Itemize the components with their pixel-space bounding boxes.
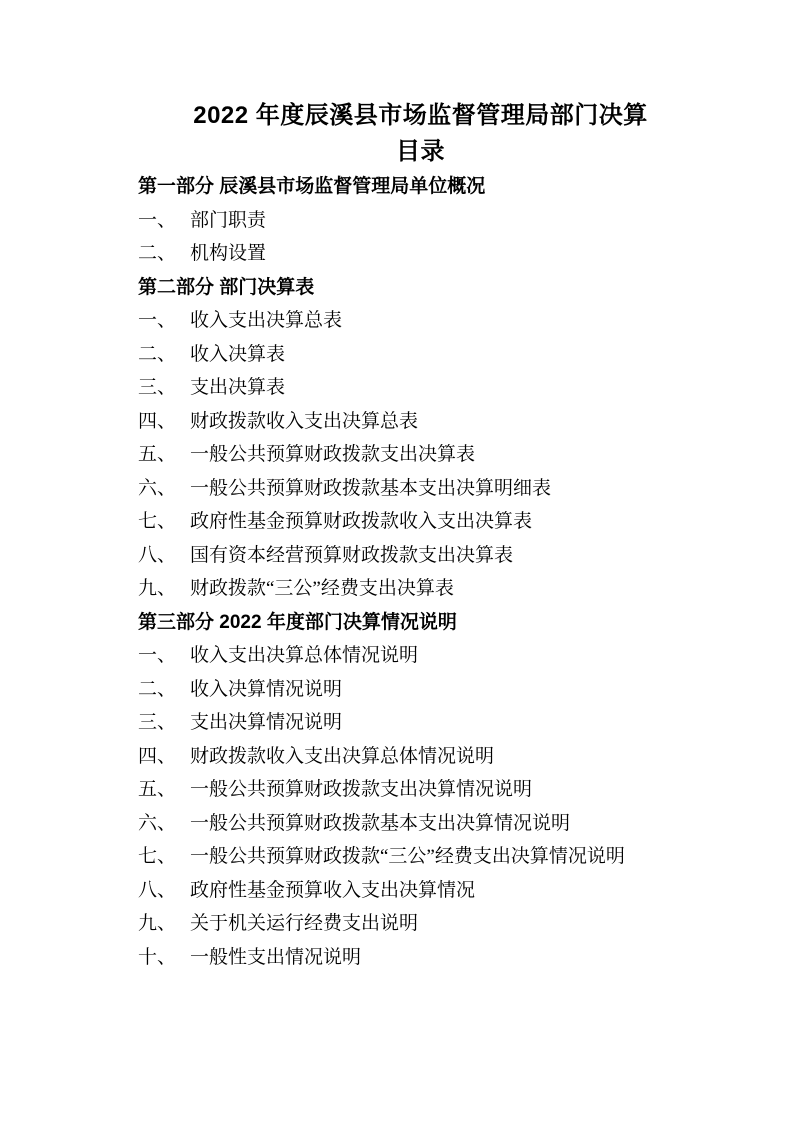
toc-item: 二、收入决算情况说明: [138, 673, 703, 707]
toc-item: 五、一般公共预算财政拨款支出决算情况说明: [138, 773, 703, 807]
item-number: 六、: [138, 807, 190, 841]
toc-item: 七、政府性基金预算财政拨款收入支出决算表: [138, 505, 703, 539]
item-label: 国有资本经营预算财政拨款支出决算表: [190, 545, 513, 566]
item-label: 支出决算情况说明: [190, 712, 342, 733]
item-number: 一、: [138, 204, 190, 238]
item-label: 一般公共预算财政拨款基本支出决算明细表: [190, 478, 551, 499]
toc-item: 二、机构设置: [138, 237, 703, 271]
item-number: 七、: [138, 840, 190, 874]
item-label: 一般公共预算财政拨款基本支出决算情况说明: [190, 813, 570, 834]
item-label: 政府性基金预算财政拨款收入支出决算表: [190, 511, 532, 532]
item-number: 九、: [138, 572, 190, 606]
item-number: 六、: [138, 472, 190, 506]
toc-item: 七、一般公共预算财政拨款“三公”经费支出决算情况说明: [138, 840, 703, 874]
item-number: 二、: [138, 338, 190, 372]
section-heading-part2: 第二部分 部门决算表: [138, 271, 703, 305]
item-number: 五、: [138, 773, 190, 807]
item-label: 部门职责: [190, 210, 266, 231]
item-label: 财政拨款收入支出决算总表: [190, 411, 418, 432]
item-number: 一、: [138, 304, 190, 338]
item-label: 支出决算表: [190, 377, 285, 398]
toc-item: 四、财政拨款收入支出决算总表: [138, 405, 703, 439]
item-number: 九、: [138, 907, 190, 941]
toc-item: 一、部门职责: [138, 204, 703, 238]
item-label: 财政拨款“三公”经费支出决算表: [190, 578, 454, 599]
item-number: 十、: [138, 941, 190, 975]
item-number: 八、: [138, 874, 190, 908]
item-label: 一般公共预算财政拨款支出决算情况说明: [190, 779, 532, 800]
item-number: 八、: [138, 539, 190, 573]
document-title: 2022 年度辰溪县市场监督管理局部门决算: [138, 98, 703, 134]
toc-item: 八、政府性基金预算收入支出决算情况: [138, 874, 703, 908]
item-number: 二、: [138, 673, 190, 707]
item-label: 收入决算情况说明: [190, 679, 342, 700]
section-heading-part3: 第三部分 2022 年度部门决算情况说明: [138, 606, 703, 640]
item-number: 一、: [138, 639, 190, 673]
item-number: 二、: [138, 237, 190, 271]
item-label: 一般公共预算财政拨款“三公”经费支出决算情况说明: [190, 846, 625, 867]
toc-item: 四、财政拨款收入支出决算总体情况说明: [138, 740, 703, 774]
item-label: 收入支出决算总表: [190, 310, 342, 331]
table-of-contents: 第一部分 辰溪县市场监督管理局单位概况 一、部门职责 二、机构设置 第二部分 部…: [138, 170, 703, 974]
page-content: 2022 年度辰溪县市场监督管理局部门决算 目录 第一部分 辰溪县市场监督管理局…: [138, 98, 703, 974]
item-label: 收入支出决算总体情况说明: [190, 645, 418, 666]
item-number: 四、: [138, 740, 190, 774]
toc-item: 一、收入支出决算总表: [138, 304, 703, 338]
toc-item: 十、一般性支出情况说明: [138, 941, 703, 975]
toc-item: 三、支出决算表: [138, 371, 703, 405]
item-label: 机构设置: [190, 243, 266, 264]
toc-item: 八、国有资本经营预算财政拨款支出决算表: [138, 539, 703, 573]
toc-heading: 目录: [138, 134, 703, 170]
item-label: 政府性基金预算收入支出决算情况: [190, 880, 475, 901]
item-label: 关于机关运行经费支出说明: [190, 913, 418, 934]
item-label: 一般性支出情况说明: [190, 947, 361, 968]
toc-item: 二、收入决算表: [138, 338, 703, 372]
item-number: 七、: [138, 505, 190, 539]
section-heading-part1: 第一部分 辰溪县市场监督管理局单位概况: [138, 170, 703, 204]
item-label: 收入决算表: [190, 344, 285, 365]
item-number: 三、: [138, 371, 190, 405]
toc-item: 五、一般公共预算财政拨款支出决算表: [138, 438, 703, 472]
toc-item: 九、财政拨款“三公”经费支出决算表: [138, 572, 703, 606]
item-number: 四、: [138, 405, 190, 439]
document-page: 2022 年度辰溪县市场监督管理局部门决算 目录 第一部分 辰溪县市场监督管理局…: [0, 0, 793, 1122]
toc-item: 六、一般公共预算财政拨款基本支出决算情况说明: [138, 807, 703, 841]
item-label: 一般公共预算财政拨款支出决算表: [190, 444, 475, 465]
toc-item: 九、关于机关运行经费支出说明: [138, 907, 703, 941]
toc-item: 一、收入支出决算总体情况说明: [138, 639, 703, 673]
toc-item: 六、一般公共预算财政拨款基本支出决算明细表: [138, 472, 703, 506]
item-number: 三、: [138, 706, 190, 740]
item-number: 五、: [138, 438, 190, 472]
item-label: 财政拨款收入支出决算总体情况说明: [190, 746, 494, 767]
toc-item: 三、支出决算情况说明: [138, 706, 703, 740]
